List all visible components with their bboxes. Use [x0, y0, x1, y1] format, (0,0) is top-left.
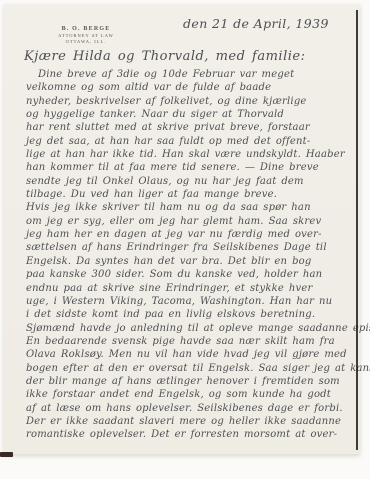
- handwritten-line: jeg det saa, at han har saa fuldt op med…: [26, 135, 356, 148]
- letterhead: B. O. BERGE ATTORNEY AT LAW OTTAWA, ILL.: [46, 26, 126, 45]
- letterhead-name: B. O. BERGE: [46, 26, 126, 33]
- handwritten-line: sættelsen af hans Erindringer fra Seilsk…: [26, 241, 356, 254]
- handwritten-line: ikke forstaar andet end Engelsk, og som …: [26, 388, 356, 401]
- handwritten-line: Hvis jeg ikke skriver til ham nu og da s…: [26, 201, 356, 214]
- handwritten-line: af at læse om hans oplevelser. Seilskibe…: [26, 402, 356, 415]
- letter-date: den 21 de April, 1939: [183, 16, 329, 31]
- handwritten-line: han kommer til at faa mere tid senere. —…: [26, 161, 356, 174]
- handwritten-line: velkomne og som altid var de fulde af ba…: [26, 81, 356, 94]
- letterhead-city: OTTAWA, ILL.: [46, 39, 126, 45]
- handwritten-line: Der er ikke saadant slaveri mere og hell…: [26, 415, 356, 428]
- handwritten-line: om jeg er syg, eller om jeg har glemt ha…: [26, 215, 356, 228]
- handwritten-line: paa kanske 300 sider. Som du kanske ved,…: [26, 268, 356, 281]
- handwritten-line: Dine breve af 3die og 10de Februar var m…: [26, 68, 356, 81]
- handwritten-line: Sjømænd havde jo anledning til at opleve…: [26, 322, 356, 335]
- handwritten-line: endnu paa at skrive sine Erindringer, et…: [26, 282, 356, 295]
- handwritten-line: Engelsk. Da syntes han det var bra. Det …: [26, 255, 356, 268]
- handwritten-line: uge, i Western Viking, Tacoma, Washingto…: [26, 295, 356, 308]
- handwritten-line: i det sidste komt ind paa en livlig elsk…: [26, 308, 356, 321]
- handwritten-line: En bedaarende svensk pige havde saa nær …: [26, 335, 356, 348]
- handwritten-line: og hyggelige tanker. Naar du siger at Th…: [26, 108, 356, 121]
- scanned-letter: B. O. BERGE ATTORNEY AT LAW OTTAWA, ILL.…: [0, 0, 370, 479]
- handwritten-line: bogen efter at den er oversat til Engels…: [26, 362, 356, 375]
- handwritten-line: Olava Roklsøy. Men nu vil han vide hvad …: [26, 348, 356, 361]
- handwritten-line: tilbage. Du ved han liger at faa mange b…: [26, 188, 356, 201]
- handwritten-line: der blir mange af hans ætlinger henover …: [26, 375, 356, 388]
- letter-body: Dine breve af 3die og 10de Februar var m…: [26, 68, 356, 442]
- handwritten-line: romantiske oplevelser. Det er forresten …: [26, 428, 356, 441]
- scan-artifact-mark: [0, 452, 13, 457]
- handwritten-line: sendte jeg til Onkel Olaus, og nu har je…: [26, 175, 356, 188]
- handwritten-line: jeg ham her en dagen at jeg var nu færdi…: [26, 228, 356, 241]
- handwritten-line: har rent sluttet med at skrive privat br…: [26, 121, 356, 134]
- scan-edge-line: [356, 10, 358, 450]
- letter-salutation: Kjære Hilda og Thorvald, med familie:: [24, 49, 305, 64]
- handwritten-line: lige at han har ikke tid. Han skal være …: [26, 148, 356, 161]
- handwritten-line: nyheder, beskrivelser af folkelivet, og …: [26, 95, 356, 108]
